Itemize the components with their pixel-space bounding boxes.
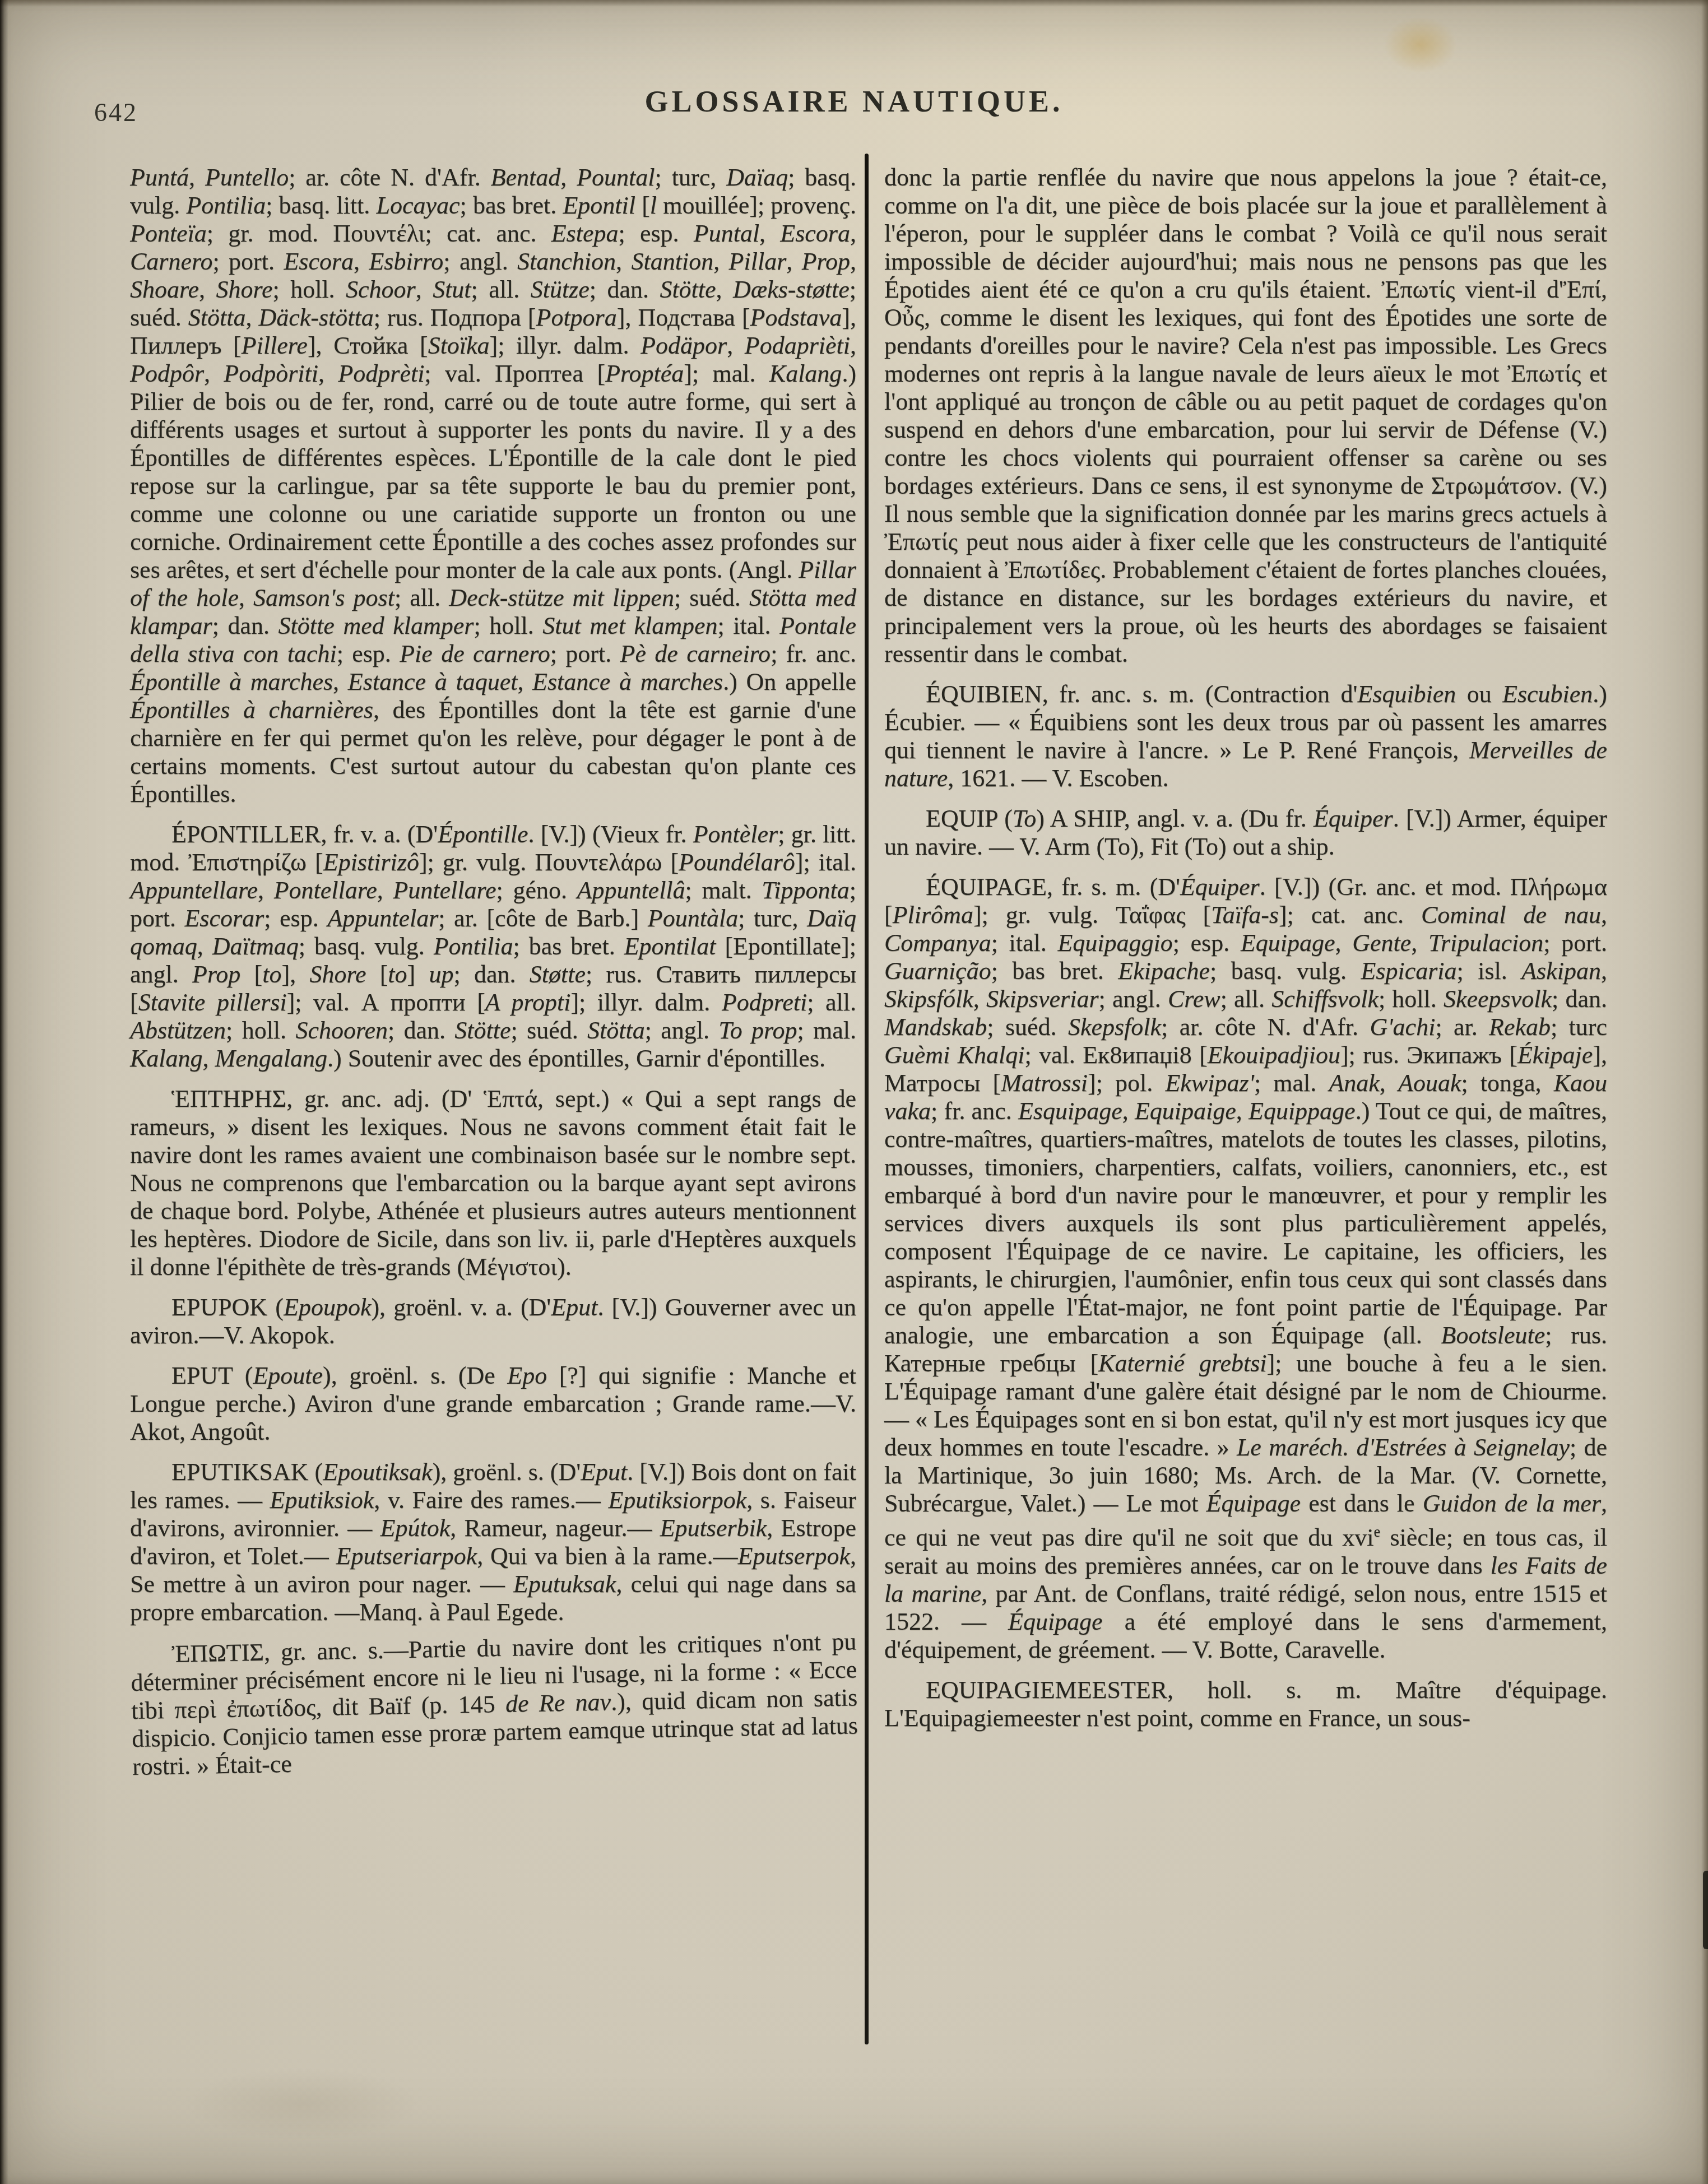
column-divider-rule bbox=[865, 154, 869, 2044]
running-title: GLOSSAIRE NAUTIQUE. bbox=[0, 84, 1708, 119]
entry-equipagiemeester: EQUIPAGIEMEESTER, holl. s. m. Maître d'é… bbox=[884, 1676, 1607, 1732]
right-column: donc la partie renflée du navire que nou… bbox=[884, 164, 1607, 1732]
page-top-shadow bbox=[0, 0, 1708, 7]
entry-eputiksak: EPUTIKSAK (Epoutiksak), groënl. s. (D'Ep… bbox=[130, 1458, 856, 1626]
entry-equip-to-a-ship: EQUIP (To) A SHIP, angl. v. a. (Du fr. É… bbox=[884, 805, 1607, 861]
right-edge-ink-mark bbox=[1703, 1871, 1708, 1949]
entry-equibien: ÉQUIBIEN, fr. anc. s. m. (Contraction d'… bbox=[884, 680, 1607, 792]
page-right-shadow bbox=[1701, 0, 1708, 2184]
entry-epotis: ἘΠΩΤΙΣ, gr. anc. s.—Partie du navire don… bbox=[130, 1627, 858, 1781]
entry-eput: EPUT (Epoute), groënl. s. (De Epo [?] qu… bbox=[130, 1362, 856, 1446]
left-column: Puntá, Puntello; ar. côte N. d'Afr. Bent… bbox=[130, 164, 856, 1781]
entry-epotis-continued: donc la partie renflée du navire que nou… bbox=[884, 164, 1607, 668]
entry-epontiller: ÉPONTILLER, fr. v. a. (D'Épontille. [V.]… bbox=[130, 820, 856, 1073]
entry-epupok: EPUPOK (Epoupok), groënl. v. a. (D'Eput.… bbox=[130, 1293, 856, 1350]
binding-edge-shadow bbox=[0, 0, 8, 2184]
entry-epontille-continued: Puntá, Puntello; ar. côte N. d'Afr. Bent… bbox=[130, 164, 856, 808]
entry-epteres: ἙΠΤΗΡΗΣ, gr. anc. adj. (D' Ἑπτά, sept.) … bbox=[130, 1085, 856, 1281]
paper-stain bbox=[1384, 17, 1457, 73]
paper-stain bbox=[185, 2068, 420, 2141]
entry-equipage: ÉQUIPAGE, fr. s. m. (D'Équiper. [V.]) (G… bbox=[884, 873, 1607, 1664]
book-page: 642 GLOSSAIRE NAUTIQUE. Puntá, Puntello;… bbox=[0, 0, 1708, 2184]
